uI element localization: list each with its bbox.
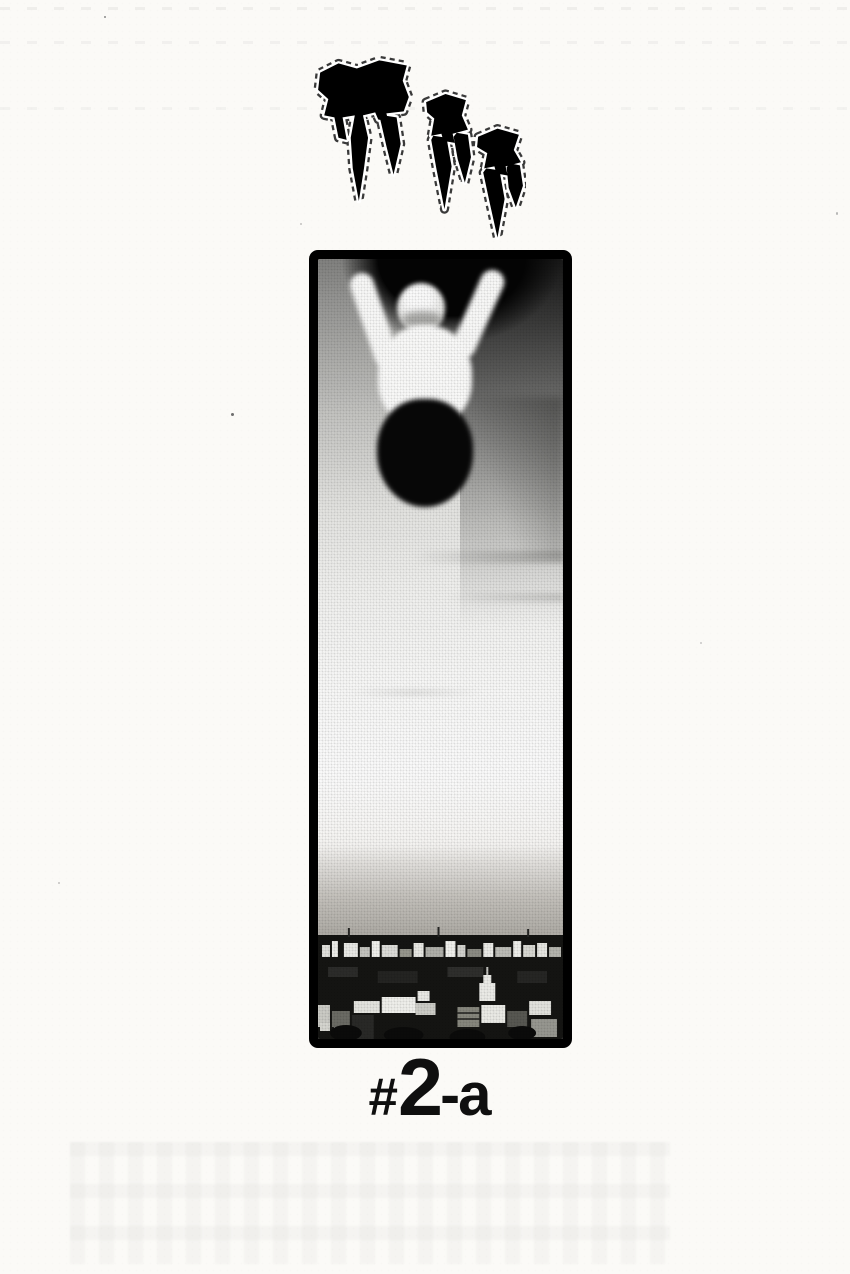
caption-number: 2 — [398, 1048, 440, 1129]
scan-speck — [231, 413, 234, 416]
cloud-streak — [411, 551, 563, 563]
cityscape — [318, 927, 563, 1039]
scan-speck — [700, 642, 702, 644]
scan-speck — [836, 212, 838, 215]
cloud-streak — [347, 689, 482, 696]
panel-caption: # 2 -a — [369, 1048, 490, 1129]
scan-speck — [300, 223, 302, 225]
sfx-kana-lettering-icon — [312, 56, 526, 240]
cloud-streak — [445, 593, 563, 602]
photo-panel — [309, 250, 572, 1048]
caption-hash: # — [369, 1067, 396, 1128]
manga-page: # 2 -a — [0, 0, 850, 1274]
falling-person-photo — [318, 259, 563, 1039]
horizon-haze — [318, 845, 563, 933]
scan-ghost-row — [0, 41, 850, 44]
scan-ghost-row — [0, 7, 850, 10]
figure-shorts — [377, 399, 473, 507]
scan-ghost-text-block — [70, 1142, 670, 1264]
caption-suffix: -a — [440, 1060, 489, 1129]
falling-figure — [318, 259, 563, 559]
scan-speck — [104, 16, 106, 18]
scan-speck — [58, 882, 60, 884]
